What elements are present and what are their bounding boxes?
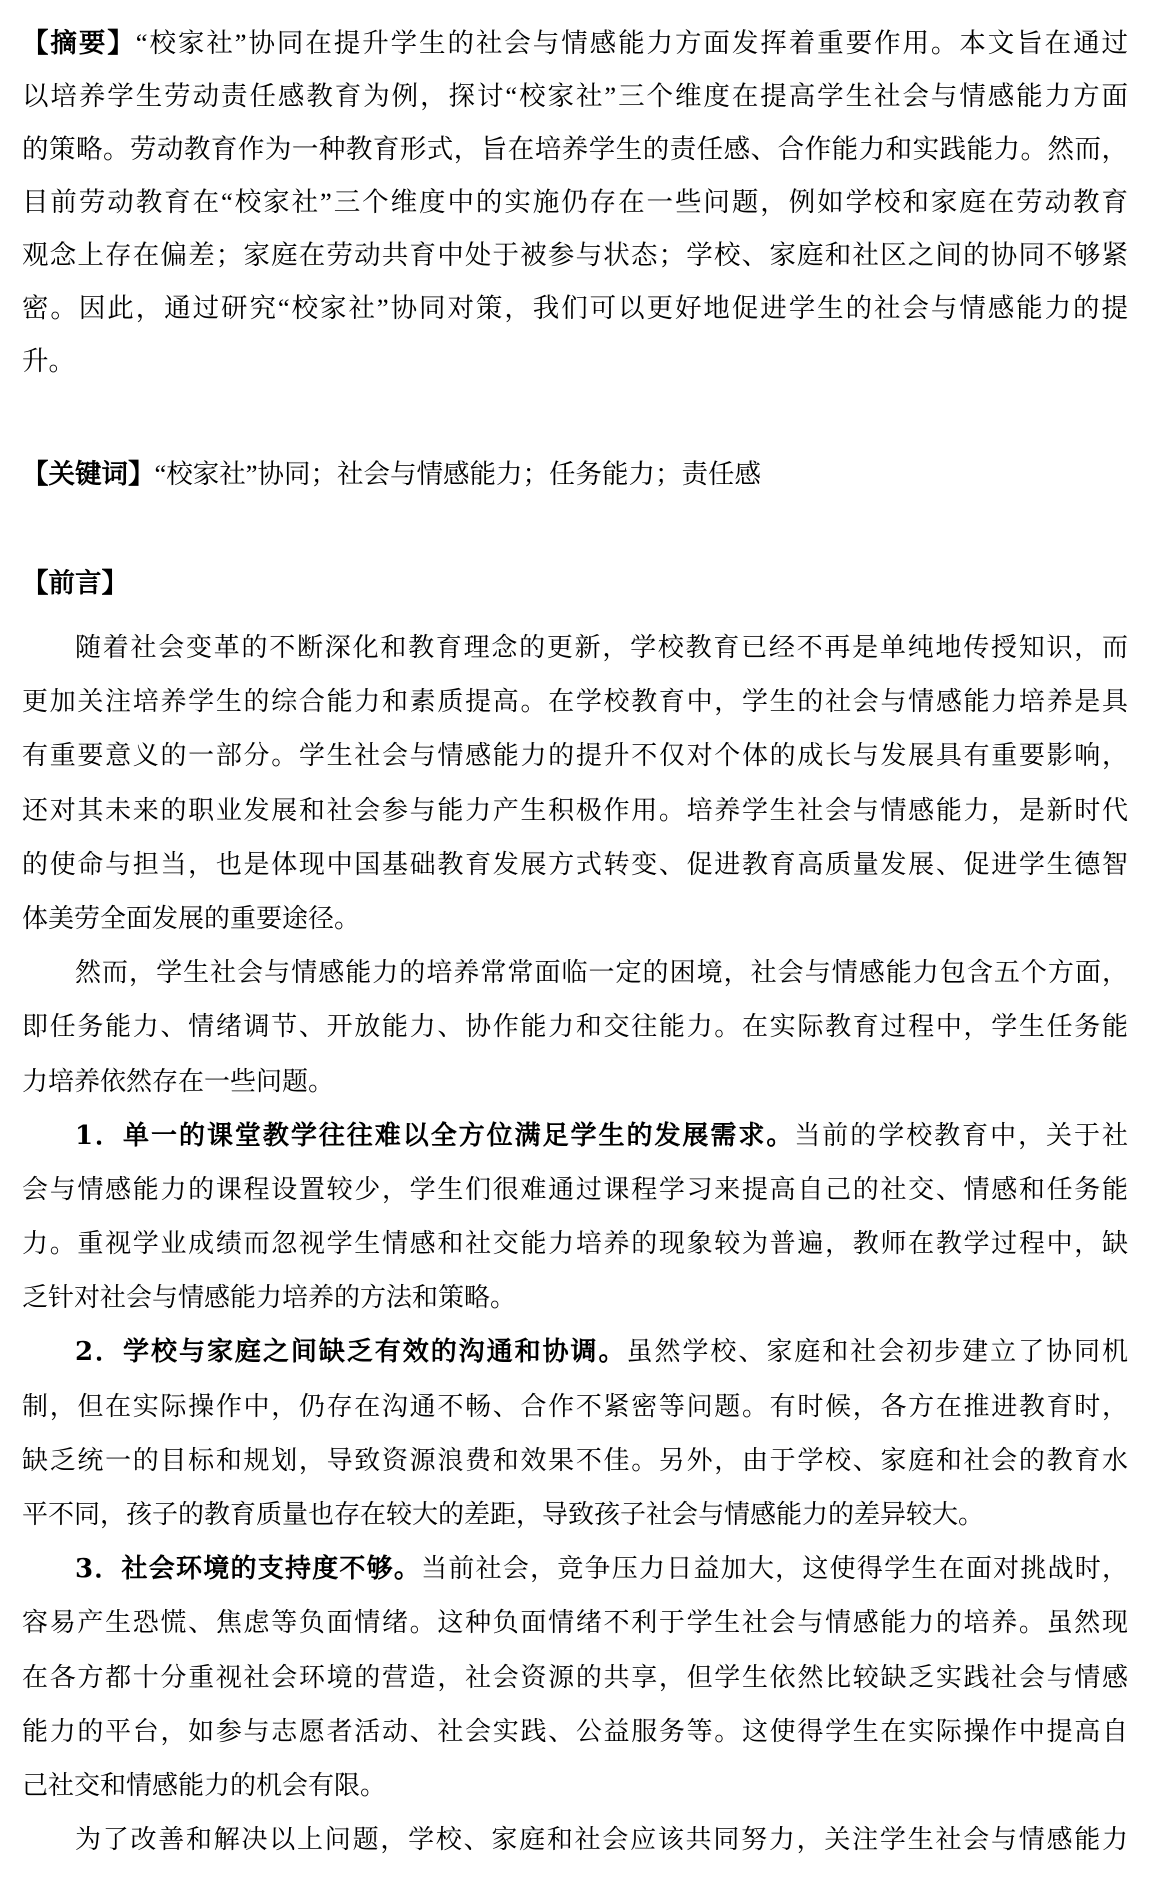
bold-text-segment: 3．社会环境的支持度不够。 [75, 1554, 421, 1584]
text-segment: 力。重视学业成绩而忽视学生情感和社交能力培养的现象较为普遍，教师在教学过程中，缺 [22, 1229, 1128, 1259]
bold-text-segment: 2．学校与家庭之间缺乏有效的沟通和协调。 [75, 1337, 627, 1367]
text-line: 缺乏统一的目标和规划，导致资源浪费和效果不佳。另外，由于学校、家庭和社会的教育水 [22, 1434, 1128, 1488]
text-line: 在各方都十分重视社会环境的营造，社会资源的共享，但学生依然比较缺乏实践社会与情感 [22, 1651, 1128, 1705]
body-section: 随着社会变革的不断深化和教育理念的更新，学校教育已经不再是单纯地传授知识，而更加… [22, 621, 1128, 1867]
bold-text-segment: 【前言】 [22, 568, 128, 598]
text-line: 平不同，孩子的教育质量也存在较大的差距，导致孩子社会与情感能力的差异较大。 [22, 1488, 1128, 1542]
text-segment: “校家社”协同；社会与情感能力；任务能力；责任感 [155, 459, 762, 489]
text-line: 观念上存在偏差；家庭在劳动共育中处于被参与状态；学校、家庭和社区之间的协同不够紧 [22, 229, 1128, 282]
text-segment: 为了改善和解决以上问题，学校、家庭和社会应该共同努力，关注学生社会与情感能力 [75, 1825, 1128, 1855]
text-line: 1．单一的课堂教学往往难以全方位满足学生的发展需求。当前的学校教育中，关于社 [22, 1109, 1128, 1163]
text-segment: 平不同，孩子的教育质量也存在较大的差距，导致孩子社会与情感能力的差异较大。 [22, 1500, 984, 1530]
text-segment: 会与情感能力的课程设置较少，学生们很难通过课程学习来提高自己的社交、情感和任务能 [22, 1175, 1128, 1205]
text-segment: 更加关注培养学生的综合能力和素质提高。在学校教育中，学生的社会与情感能力培养是具 [22, 687, 1128, 717]
text-segment: 还对其未来的职业发展和社会参与能力产生积极作用。培养学生社会与情感能力，是新时代 [22, 796, 1128, 826]
text-line: 乏针对社会与情感能力培养的方法和策略。 [22, 1271, 1128, 1325]
text-segment: 己社交和情感能力的机会有限。 [22, 1771, 386, 1801]
bold-text-segment: 1．单一的课堂教学往往难以全方位满足学生的发展需求。 [75, 1121, 794, 1151]
text-line: 力。重视学业成绩而忽视学生情感和社交能力培养的现象较为普遍，教师在教学过程中，缺 [22, 1217, 1128, 1271]
text-line: 为了改善和解决以上问题，学校、家庭和社会应该共同努力，关注学生社会与情感能力 [22, 1813, 1128, 1867]
text-segment: 的使命与担当，也是体现中国基础教育发展方式转变、促进教育高质量发展、促进学生德智 [22, 850, 1128, 880]
foreword-heading: 【前言】 [22, 557, 1128, 610]
text-line: 【摘要】“校家社”协同在提升学生的社会与情感能力方面发挥着重要作用。本文旨在通过 [22, 17, 1128, 70]
text-line: 2．学校与家庭之间缺乏有效的沟通和协调。虽然学校、家庭和社会初步建立了协同机 [22, 1325, 1128, 1379]
text-line: 以培养学生劳动责任感教育为例，探讨“校家社”三个维度在提高学生社会与情感能力方面 [22, 70, 1128, 123]
text-line: 的策略。劳动教育作为一种教育形式，旨在培养学生的责任感、合作能力和实践能力。然而… [22, 123, 1128, 176]
text-segment: 乏针对社会与情感能力培养的方法和策略。 [22, 1283, 516, 1313]
text-segment: 观念上存在偏差；家庭在劳动共育中处于被参与状态；学校、家庭和社区之间的协同不够紧 [22, 240, 1128, 270]
text-segment: 当前的学校教育中，关于社 [794, 1121, 1128, 1151]
text-segment: 即任务能力、情绪调节、开放能力、协作能力和交往能力。在实际教育过程中，学生任务能 [22, 1012, 1128, 1042]
text-line: 己社交和情感能力的机会有限。 [22, 1759, 1128, 1813]
text-segment: 缺乏统一的目标和规划，导致资源浪费和效果不佳。另外，由于学校、家庭和社会的教育水 [22, 1446, 1128, 1476]
text-segment: “校家社”协同在提升学生的社会与情感能力方面发挥着重要作用。本文旨在通过 [136, 28, 1128, 58]
text-segment: 力培养依然存在一些问题。 [22, 1067, 334, 1097]
document-page: 【摘要】“校家社”协同在提升学生的社会与情感能力方面发挥着重要作用。本文旨在通过… [0, 0, 1149, 1885]
text-segment: 目前劳动教育在“校家社”三个维度中的实施仍存在一些问题，例如学校和家庭在劳动教育 [22, 187, 1128, 217]
text-segment: 有重要意义的一部分。学生社会与情感能力的提升不仅对个体的成长与发展具有重要影响， [22, 741, 1128, 771]
text-line: 有重要意义的一部分。学生社会与情感能力的提升不仅对个体的成长与发展具有重要影响， [22, 729, 1128, 783]
text-line: 体美劳全面发展的重要途径。 [22, 892, 1128, 946]
text-line: 会与情感能力的课程设置较少，学生们很难通过课程学习来提高自己的社交、情感和任务能 [22, 1163, 1128, 1217]
text-line: 还对其未来的职业发展和社会参与能力产生积极作用。培养学生社会与情感能力，是新时代 [22, 784, 1128, 838]
text-line: 力培养依然存在一些问题。 [22, 1055, 1128, 1109]
text-line: 【关键词】“校家社”协同；社会与情感能力；任务能力；责任感 [22, 448, 1128, 501]
text-segment: 以培养学生劳动责任感教育为例，探讨“校家社”三个维度在提高学生社会与情感能力方面 [22, 81, 1128, 111]
bold-text-segment: 【摘要】 [22, 28, 136, 58]
text-line: 能力的平台，如参与志愿者活动、社会实践、公益服务等。这使得学生在实际操作中提高自 [22, 1705, 1128, 1759]
text-line: 密。因此，通过研究“校家社”协同对策，我们可以更好地促进学生的社会与情感能力的提 [22, 282, 1128, 335]
text-line: 3．社会环境的支持度不够。当前社会，竞争压力日益加大，这使得学生在面对挑战时， [22, 1542, 1128, 1596]
text-line: 随着社会变革的不断深化和教育理念的更新，学校教育已经不再是单纯地传授知识，而 [22, 621, 1128, 675]
text-line: 制，但在实际操作中，仍存在沟通不畅、合作不紧密等问题。有时候，各方在推进教育时， [22, 1380, 1128, 1434]
text-segment: 体美劳全面发展的重要途径。 [22, 904, 360, 934]
text-segment: 在各方都十分重视社会环境的营造，社会资源的共享，但学生依然比较缺乏实践社会与情感 [22, 1663, 1128, 1693]
text-segment: 当前社会，竞争压力日益加大，这使得学生在面对挑战时， [421, 1554, 1128, 1584]
text-line: 即任务能力、情绪调节、开放能力、协作能力和交往能力。在实际教育过程中，学生任务能 [22, 1000, 1128, 1054]
text-line: 更加关注培养学生的综合能力和素质提高。在学校教育中，学生的社会与情感能力培养是具 [22, 675, 1128, 729]
text-segment: 随着社会变革的不断深化和教育理念的更新，学校教育已经不再是单纯地传授知识，而 [75, 633, 1128, 663]
abstract-section: 【摘要】“校家社”协同在提升学生的社会与情感能力方面发挥着重要作用。本文旨在通过… [22, 17, 1128, 388]
text-line: 然而，学生社会与情感能力的培养常常面临一定的困境，社会与情感能力包含五个方面， [22, 946, 1128, 1000]
text-line: 的使命与担当，也是体现中国基础教育发展方式转变、促进教育高质量发展、促进学生德智 [22, 838, 1128, 892]
text-segment: 密。因此，通过研究“校家社”协同对策，我们可以更好地促进学生的社会与情感能力的提 [22, 293, 1128, 323]
text-segment: 的策略。劳动教育作为一种教育形式，旨在培养学生的责任感、合作能力和实践能力。然而… [22, 134, 1128, 164]
document-body: 【摘要】“校家社”协同在提升学生的社会与情感能力方面发挥着重要作用。本文旨在通过… [22, 17, 1128, 1867]
text-line: 容易产生恐慌、焦虑等负面情绪。这种负面情绪不利于学生社会与情感能力的培养。虽然现 [22, 1596, 1128, 1650]
text-segment: 容易产生恐慌、焦虑等负面情绪。这种负面情绪不利于学生社会与情感能力的培养。虽然现 [22, 1608, 1128, 1638]
text-segment: 制，但在实际操作中，仍存在沟通不畅、合作不紧密等问题。有时候，各方在推进教育时， [22, 1392, 1128, 1422]
text-line: 【前言】 [22, 557, 1128, 610]
bold-text-segment: 【关键词】 [22, 459, 155, 489]
text-segment: 升。 [22, 346, 75, 376]
text-segment: 然而，学生社会与情感能力的培养常常面临一定的困境，社会与情感能力包含五个方面， [75, 958, 1128, 988]
text-line: 目前劳动教育在“校家社”三个维度中的实施仍存在一些问题，例如学校和家庭在劳动教育 [22, 176, 1128, 229]
text-line: 升。 [22, 335, 1128, 388]
text-segment: 能力的平台，如参与志愿者活动、社会实践、公益服务等。这使得学生在实际操作中提高自 [22, 1717, 1128, 1747]
keywords-section: 【关键词】“校家社”协同；社会与情感能力；任务能力；责任感 [22, 448, 1128, 501]
text-segment: 虽然学校、家庭和社会初步建立了协同机 [627, 1337, 1129, 1367]
